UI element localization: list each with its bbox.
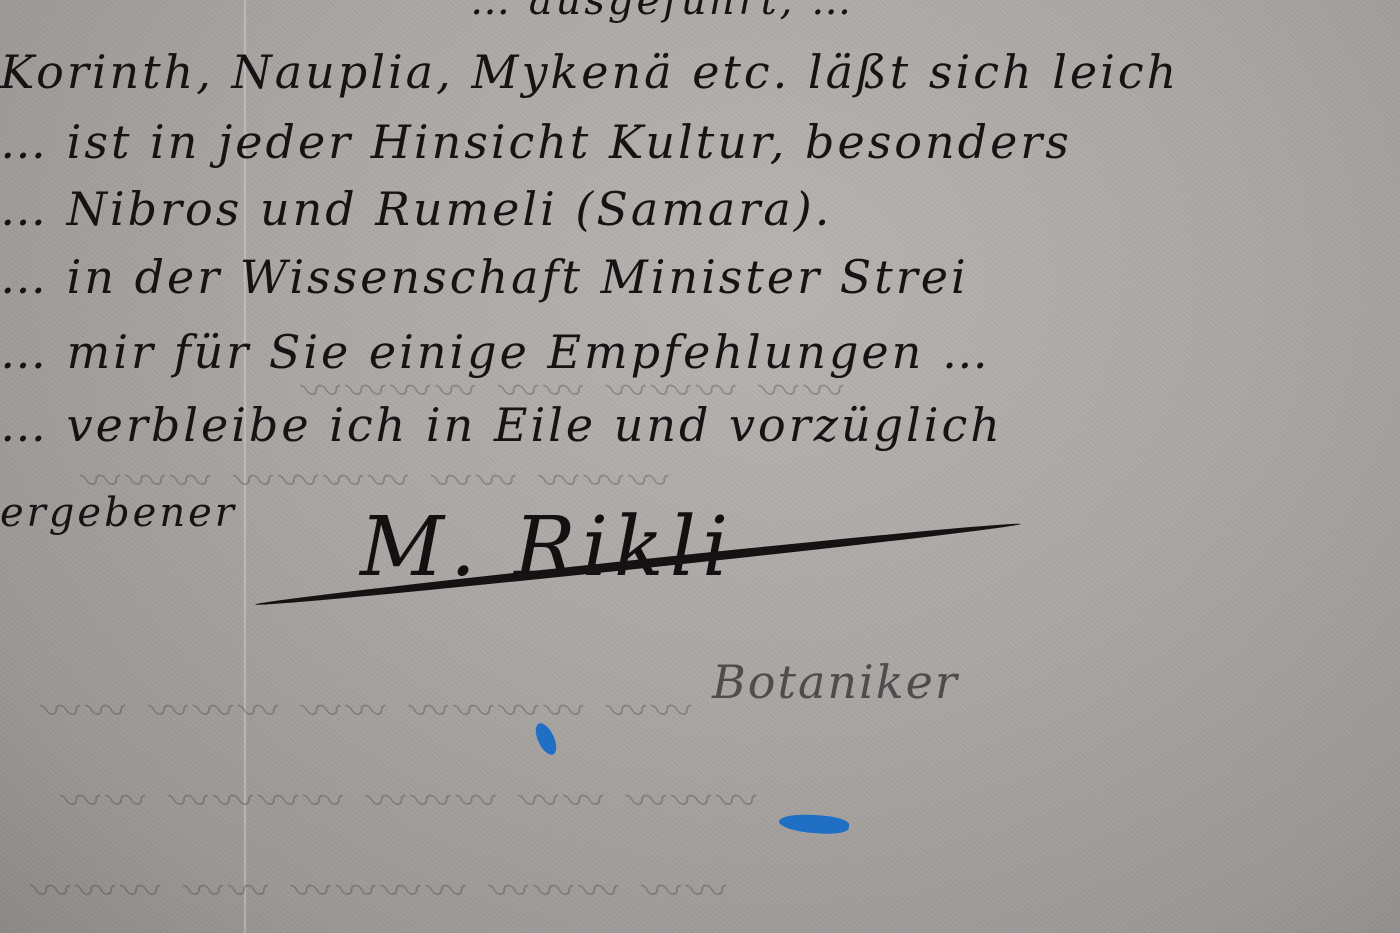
ink-blot — [778, 813, 849, 836]
letter-line-3: … ist in jeder Hinsicht Kultur, besonder… — [0, 115, 1072, 169]
letter-line-8: ergebener — [0, 490, 237, 536]
letter-line-4: … Nibros und Rumeli (Samara). — [0, 182, 832, 236]
pencil-annotation: Botaniker — [712, 655, 959, 709]
show-through-text: 〰〰〰 〰〰 〰〰〰 〰〰〰〰 〰〰 — [60, 770, 761, 827]
show-through-text: 〰〰 〰〰〰 〰〰〰〰 〰〰 〰〰〰 — [30, 860, 731, 917]
letter-line-5: … in der Wissenschaft Minister Strei — [0, 250, 969, 304]
letter-line-6: … mir für Sie einige Empfehlungen … — [0, 325, 991, 379]
letter-line-2: Korinth, Nauplia, Mykenä etc. läßt sich … — [0, 45, 1179, 99]
letter-line-7: … verbleibe ich in Eile und vorzüglich — [0, 398, 1003, 452]
letter-photo: 〰〰 〰〰〰 〰〰 〰〰〰〰 〰〰〰 〰〰 〰〰〰〰 〰〰〰 〰〰 〰〰〰〰 〰… — [0, 0, 1400, 933]
signature: M. Rikli — [360, 500, 734, 595]
show-through-text: 〰〰 〰〰〰〰 〰〰 〰〰〰 〰〰 — [40, 680, 696, 737]
letter-line-1: … ausgeführt, … — [470, 0, 854, 24]
